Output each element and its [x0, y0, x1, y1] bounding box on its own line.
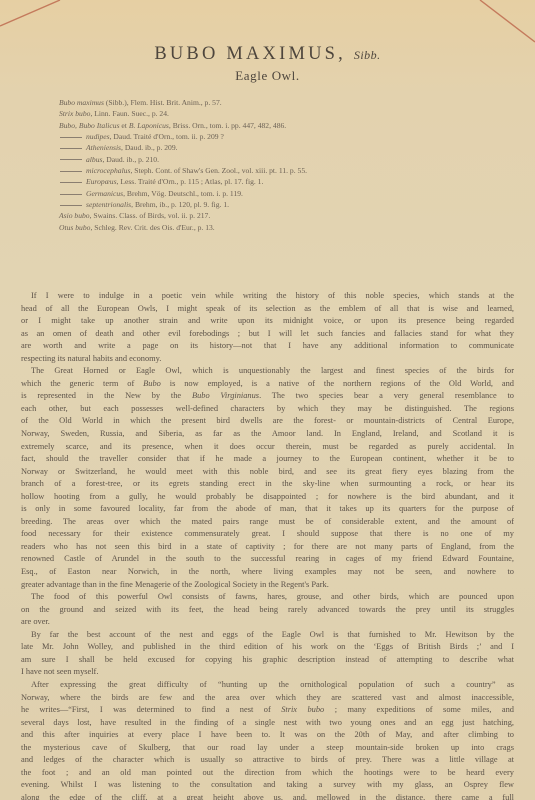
text-line: the foot ; and an old man pointed out th… [21, 767, 514, 780]
ditto-dash [60, 194, 82, 195]
text-line: food necessary for their existence comme… [21, 528, 514, 541]
italic-term: Bubo [143, 379, 161, 388]
text-line: along the edge of the cliff, at a great … [21, 792, 514, 800]
text-line: breeding. The areas over which the mated… [21, 516, 514, 529]
text-line: fact, should the traveller consider that… [21, 453, 514, 466]
synonym-name: Atheniensis [86, 143, 121, 152]
synonym-name: Otus bubo [59, 223, 90, 232]
text-line: By far the best account of the nest and … [21, 629, 514, 642]
text-line: are worth and write a page on its histor… [21, 340, 514, 353]
common-name: Eagle Owl. [0, 68, 535, 84]
synonym-reference: , Steph. Cont. of Shaw's Gen. Zool., vol… [130, 166, 307, 175]
synonym-name: microcephalus [86, 166, 130, 175]
text-line: are over. [21, 616, 514, 629]
ditto-dash [60, 159, 82, 160]
text-line: branch of a forest-tree, or its egrets s… [21, 478, 514, 491]
text-line: as an omen of death and other evil foreb… [21, 328, 514, 341]
text-line: extremely scarce, and its presence, when… [21, 441, 514, 454]
ditto-dash [60, 171, 82, 172]
synonym-name: Strix bubo [59, 109, 90, 118]
text-line: late Mr. John Wolley, and published in t… [21, 641, 514, 654]
text-line: readers who has not seen this bird in a … [21, 541, 514, 554]
document-page: BUBO MAXIMUS, Sibb. Eagle Owl. Bubo maxi… [0, 0, 535, 800]
species-name: BUBO MAXIMUS, [154, 44, 346, 64]
text-line: greater advantage than in the fine Menag… [21, 579, 514, 592]
text-line: the mysterious cave of Skulberg, that ou… [21, 742, 514, 755]
text-line: respecting its natural habits and econom… [21, 353, 514, 366]
text-line: and this after inquiries at every place … [21, 729, 514, 742]
text-line: is only in some favoured locality, far f… [21, 503, 514, 516]
synonym-entry: Germanicus, Brehm, Vög. Deutschl., tom. … [59, 188, 307, 199]
text-line: Norway or Switzerland, he would meet wit… [21, 466, 514, 479]
synonym-name: Germanicus [86, 189, 123, 198]
italic-term: Strix bubo [281, 705, 324, 714]
italic-term: Bubo Virginianus [192, 391, 259, 400]
synonym-reference: , Linn. Faun. Suec., p. 24. [90, 109, 168, 118]
text-line: renowned Castle of Arundel in the south … [21, 553, 514, 566]
synonym-reference: , Daud. ib., p. 209. [121, 143, 178, 152]
synonym-entry: Strix bubo, Linn. Faun. Suec., p. 24. [59, 108, 307, 119]
synonym-reference: , Less. Traité d'Orn., p. 115 ; Atlas, p… [117, 177, 264, 186]
text-line: several days lost, have resulted in the … [21, 717, 514, 730]
synonym-name: nudipes [86, 132, 110, 141]
page-title: BUBO MAXIMUS, Sibb. [0, 44, 535, 65]
text-line: on the ground and seized with its feet, … [21, 604, 514, 617]
text-line: If I were to indulge in a poetic vein wh… [21, 290, 514, 303]
synonym-reference: , Brehm, ib., p. 120, pl. 9. fig. 1. [131, 200, 229, 209]
synonymy-list: Bubo maximus (Sibb.), Flem. Hist. Brit. … [59, 97, 307, 233]
text-line: Esq., of Easton near Norwich, in the nor… [21, 566, 514, 579]
synonym-entry: Europæus, Less. Traité d'Orn., p. 115 ; … [59, 176, 307, 187]
text-line: hollow hooting from a gully, he would pr… [21, 491, 514, 504]
synonym-name: Asio bubo [59, 211, 90, 220]
synonym-name: Bubo maximus [59, 98, 104, 107]
synonym-reference: , Swains. Class. of Birds, vol. ii. p. 2… [90, 211, 211, 220]
text-line: After expressing the great difficulty of… [21, 679, 514, 692]
text-line: The Great Horned or Eagle Owl, which is … [21, 365, 514, 378]
text-line: is represented in the New by the Bubo Vi… [21, 390, 514, 403]
ditto-dash [60, 205, 82, 206]
synonym-name: Bubo, Bubo Italicus [59, 121, 120, 130]
text-line: head of all the European Owls, I might s… [21, 303, 514, 316]
ditto-dash [60, 137, 82, 138]
text-line: Norway, where the birds are few and the … [21, 692, 514, 705]
text-line: or I might take up another strain and wr… [21, 315, 514, 328]
synonym-entry: Bubo maximus (Sibb.), Flem. Hist. Brit. … [59, 97, 307, 108]
species-authority: Sibb. [354, 48, 381, 62]
synonym-entry: septentrionalis, Brehm, ib., p. 120, pl.… [59, 199, 307, 210]
synonym-reference: , Schleg. Rev. Crit. des Ois. d'Eur., p.… [90, 223, 214, 232]
synonym-entry: Atheniensis, Daud. ib., p. 209. [59, 142, 307, 153]
synonym-name: septentrionalis [86, 200, 131, 209]
synonym-reference: , Brehm, Vög. Deutschl., tom. i. p. 119. [123, 189, 243, 198]
synonym-reference: (Sibb.), Flem. Hist. Brit. Anim., p. 57. [104, 98, 222, 107]
synonym-entry: Bubo, Bubo Italicus et B. Laponicus, Bri… [59, 120, 307, 131]
ditto-dash [60, 148, 82, 149]
synonym-name: B. Laponicus [129, 121, 169, 130]
text-line: evening. Whilst I was listening to the c… [21, 779, 514, 792]
synonym-reference: , Briss. Orn., tom. i. pp. 447, 482, 486… [169, 121, 286, 130]
synonym-reference: , Daud. Traité d'Orn., tom. ii. p. 209 ? [110, 132, 224, 141]
body-text: If I were to indulge in a poetic vein wh… [21, 290, 514, 800]
text-line: which the generic term of Bubo is now em… [21, 378, 514, 391]
synonym-name: Europæus [86, 177, 117, 186]
text-line: The food of this powerful Owl consists o… [21, 591, 514, 604]
text-line: I have not seen myself. [21, 666, 514, 679]
synonym-entry: microcephalus, Steph. Cont. of Shaw's Ge… [59, 165, 307, 176]
text-line: am sure I shall be held excused for copy… [21, 654, 514, 667]
ditto-dash [60, 182, 82, 183]
synonym-entry: albus, Daud. ib., p. 210. [59, 154, 307, 165]
synonym-entry: Otus bubo, Schleg. Rev. Crit. des Ois. d… [59, 222, 307, 233]
synonym-name: albus [86, 155, 102, 164]
text-line: Norway, Sweden, Russia, and Siberia, as … [21, 428, 514, 441]
text-line: each other, but each possesses well-defi… [21, 403, 514, 416]
synonym-reference: , Daud. ib., p. 210. [102, 155, 159, 164]
synonym-entry: nudipes, Daud. Traité d'Orn., tom. ii. p… [59, 131, 307, 142]
text-line: he writes—“First, I was determined to fi… [21, 704, 514, 717]
text-line: and ledges of the character which is usu… [21, 754, 514, 767]
synonym-entry: Asio bubo, Swains. Class. of Birds, vol.… [59, 210, 307, 221]
text-line: of the Old World in which the present bi… [21, 415, 514, 428]
